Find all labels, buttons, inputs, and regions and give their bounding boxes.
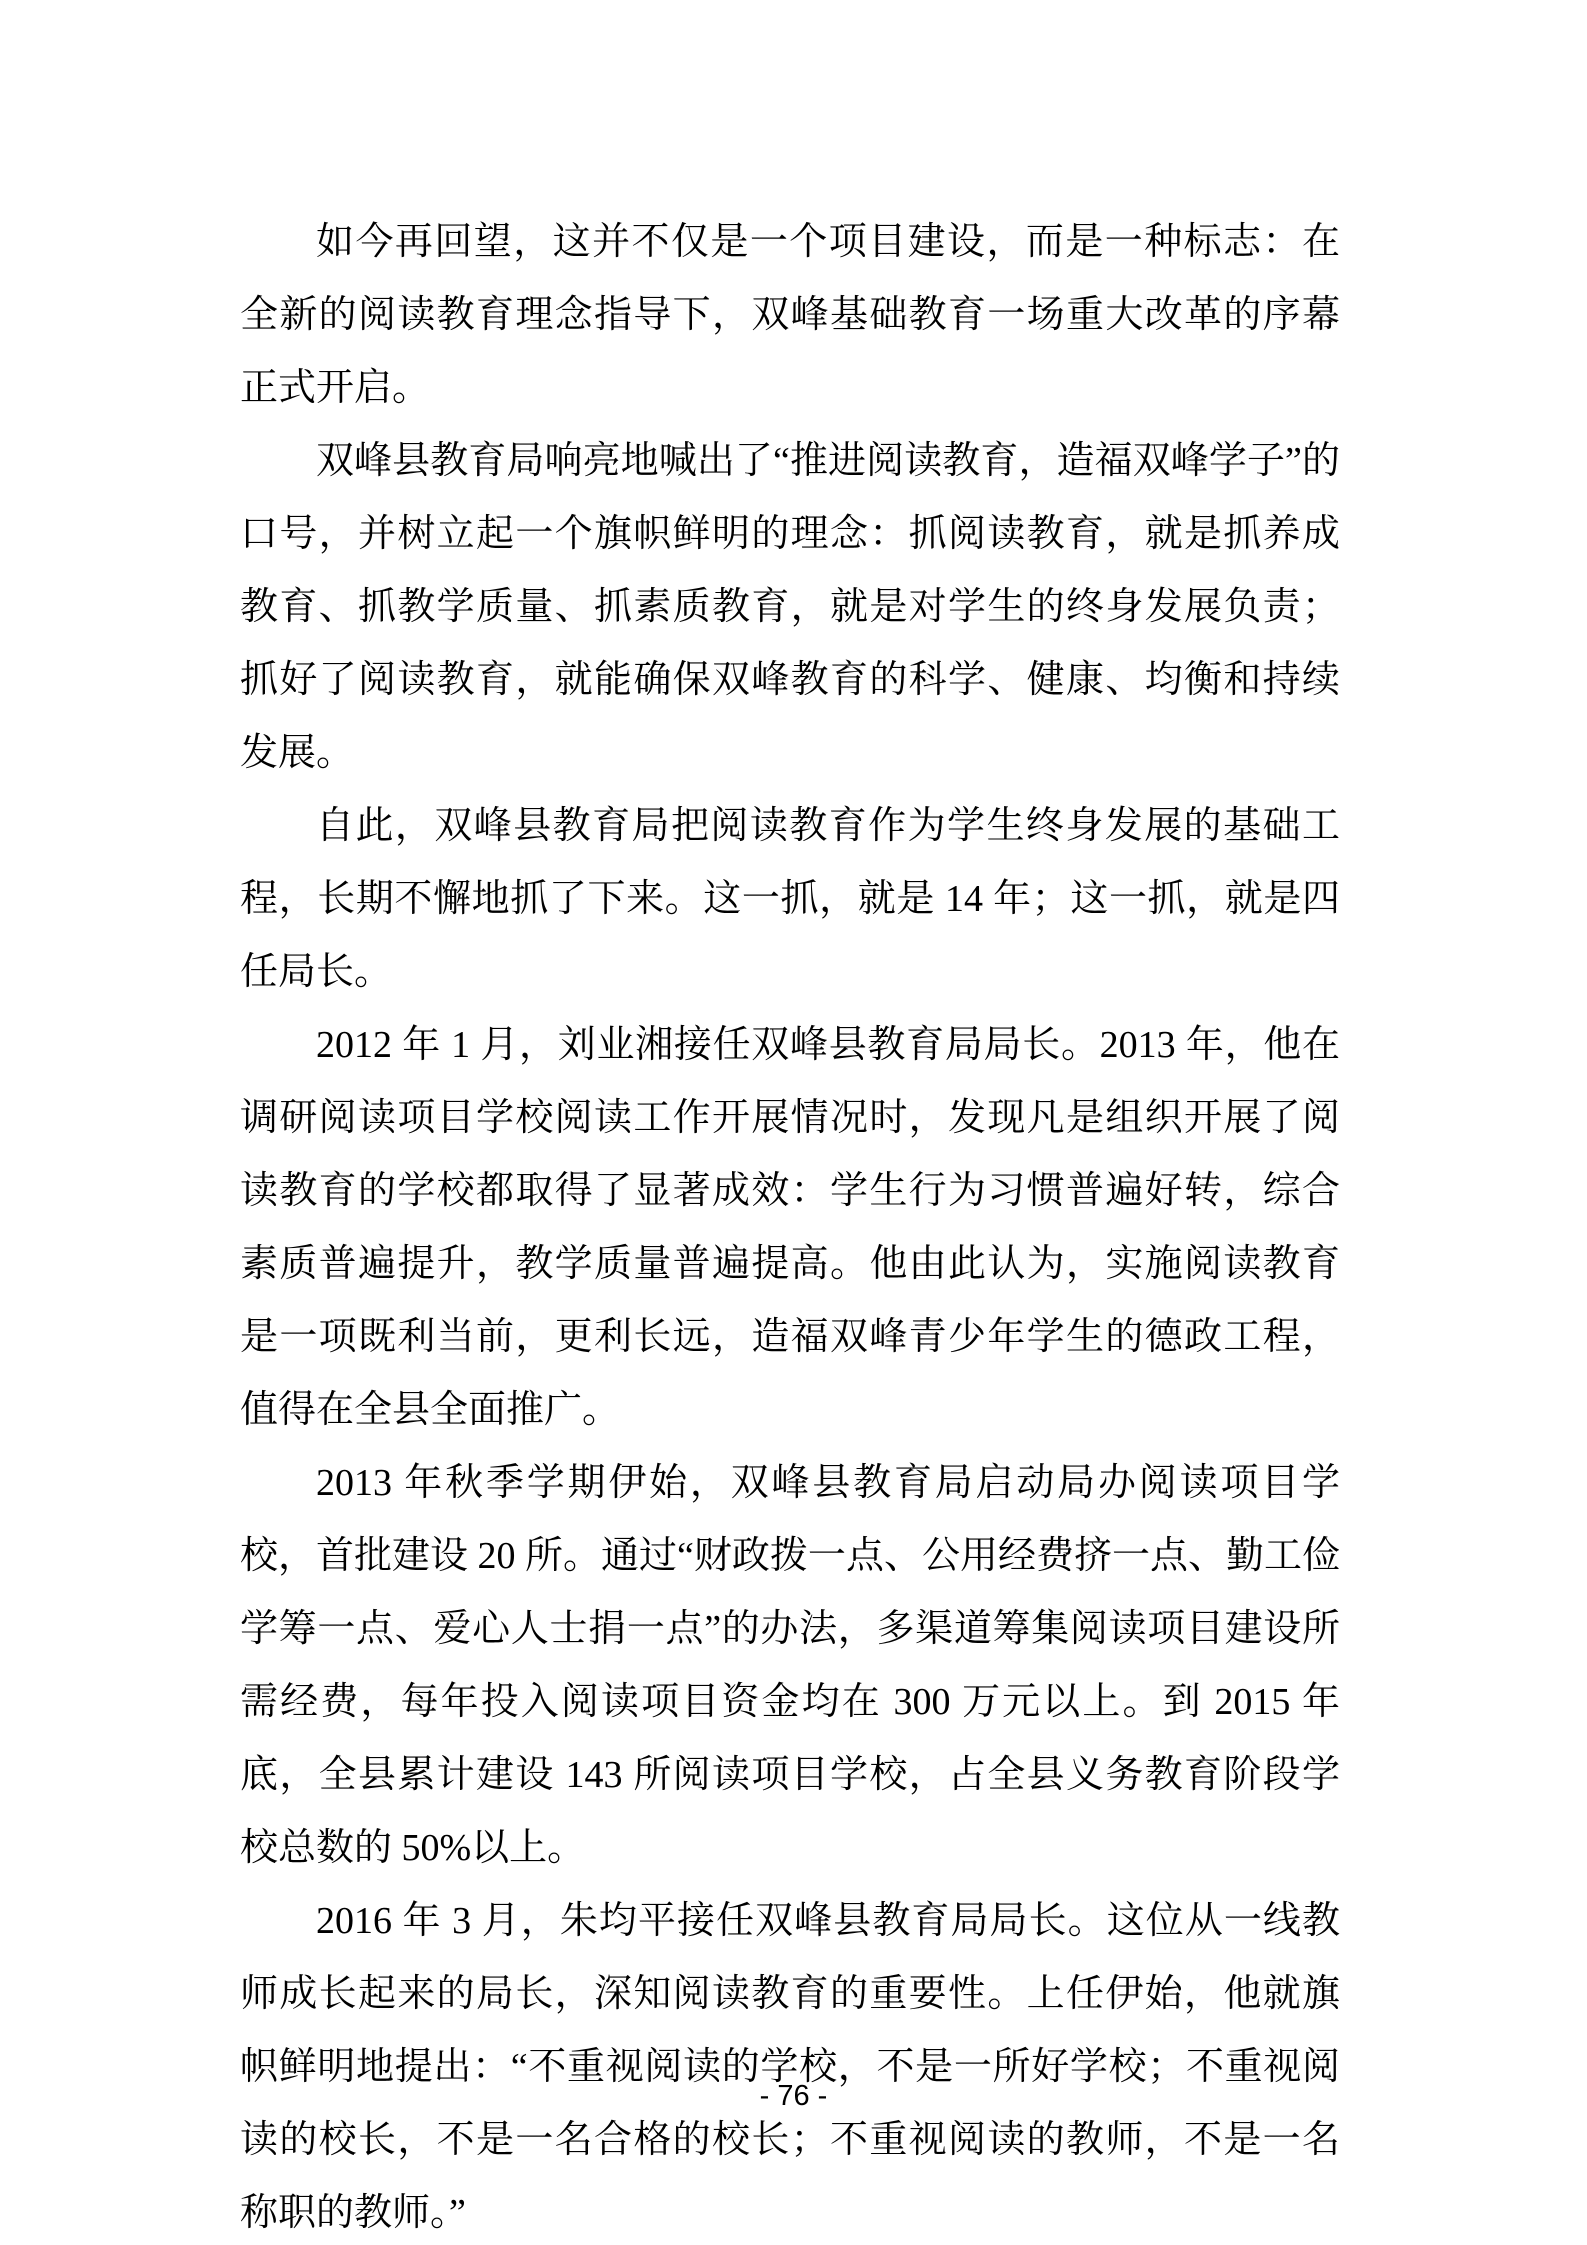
body-paragraph: 如今再回望，这并不仅是一个项目建设，而是一种标志：在全新的阅读教育理念指导下，双… [240, 206, 1340, 425]
body-paragraph: 双峰县教育局响亮地喊出了“推进阅读教育，造福双峰学子”的口号，并树立起一个旗帜鲜… [240, 425, 1340, 790]
body-paragraph: 2012 年 1 月，刘业湘接任双峰县教育局局长。2013 年，他在调研阅读项目… [240, 1009, 1340, 1447]
document-page: 如今再回望，这并不仅是一个项目建设，而是一种标志：在全新的阅读教育理念指导下，双… [0, 0, 1587, 2245]
body-paragraph: 自此，双峰县教育局把阅读教育作为学生终身发展的基础工程，长期不懈地抓了下来。这一… [240, 790, 1340, 1009]
body-paragraph: 2013 年秋季学期伊始，双峰县教育局启动局办阅读项目学校，首批建设 20 所。… [240, 1447, 1340, 1885]
body-paragraph: 2016 年 3 月，朱均平接任双峰县教育局局长。这位从一线教师成长起来的局长，… [240, 1885, 1340, 2245]
page-number: - 76 - [0, 2080, 1587, 2113]
body-text-block: 如今再回望，这并不仅是一个项目建设，而是一种标志：在全新的阅读教育理念指导下，双… [240, 206, 1340, 2245]
